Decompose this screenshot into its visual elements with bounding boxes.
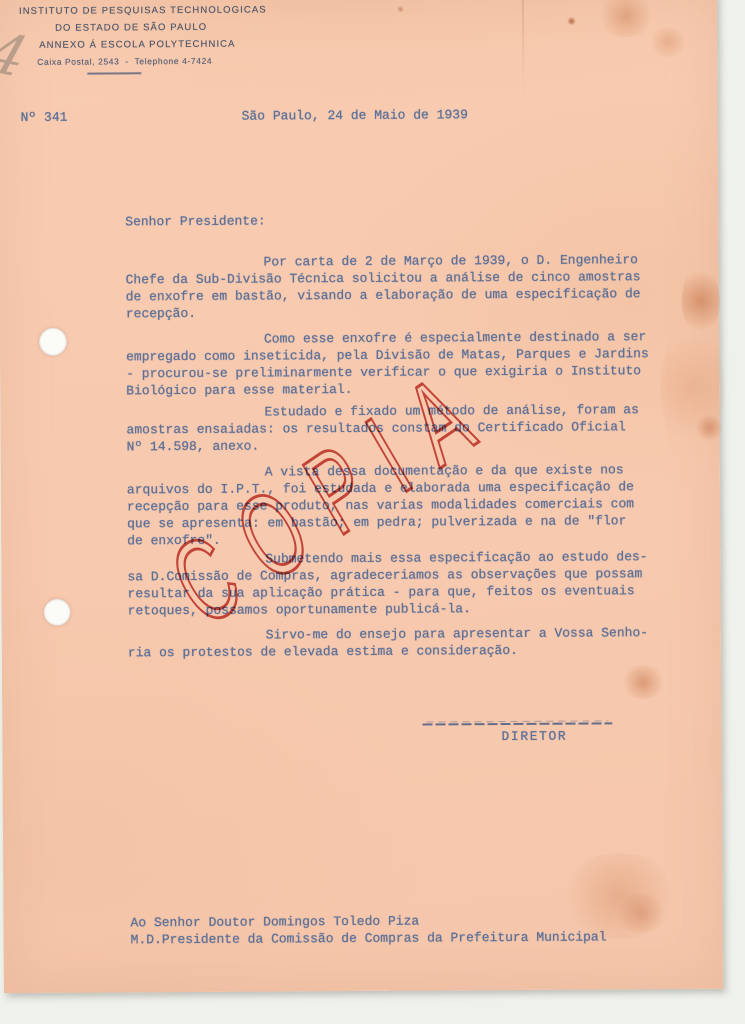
salutation: Senhor Presidente: <box>125 212 266 230</box>
document-number: Nº 341 <box>21 109 68 126</box>
letterhead-institute-name: INSTITUTO DE PESQUISAS TECHNOLOGICAS <box>19 4 267 17</box>
stain-top-right <box>648 27 688 57</box>
letterhead-rule <box>87 72 141 74</box>
punch-hole-top <box>39 328 67 356</box>
stain-bottom-right <box>559 853 680 940</box>
punch-hole-bottom <box>44 599 71 626</box>
handwritten-mark: 4 <box>0 21 34 90</box>
letter-page: INSTITUTO DE PESQUISAS TECHNOLOGICAS DO … <box>0 0 723 993</box>
foxing-spot <box>567 17 576 26</box>
foxing-spot <box>397 6 404 13</box>
recipient-address: Ao Senhor Doutor Domingos Toledo Piza M.… <box>130 911 606 948</box>
stain-bottom-right <box>615 893 667 933</box>
letterhead-state-line: DO ESTADO DE SÃO PAULO <box>55 22 207 34</box>
signature-title: DIRETOR <box>439 727 629 745</box>
body-paragraph: Por carta de 2 de Março de 1939, o D. En… <box>125 251 710 323</box>
dateline: São Paulo, 24 de Maio de 1939 <box>242 106 468 124</box>
stain-right-edge <box>660 323 725 453</box>
paper-crease <box>522 0 525 98</box>
letterhead-contact-line: Caixa Postal, 2543 - Telephone 4-7424 <box>37 56 212 67</box>
stain-middle-right <box>620 665 666 699</box>
signature-line <box>422 722 612 725</box>
stain-top-right <box>596 0 656 37</box>
letterhead-annex-line: ANNEXO Á ESCOLA POLYTECHNICA <box>39 39 235 51</box>
